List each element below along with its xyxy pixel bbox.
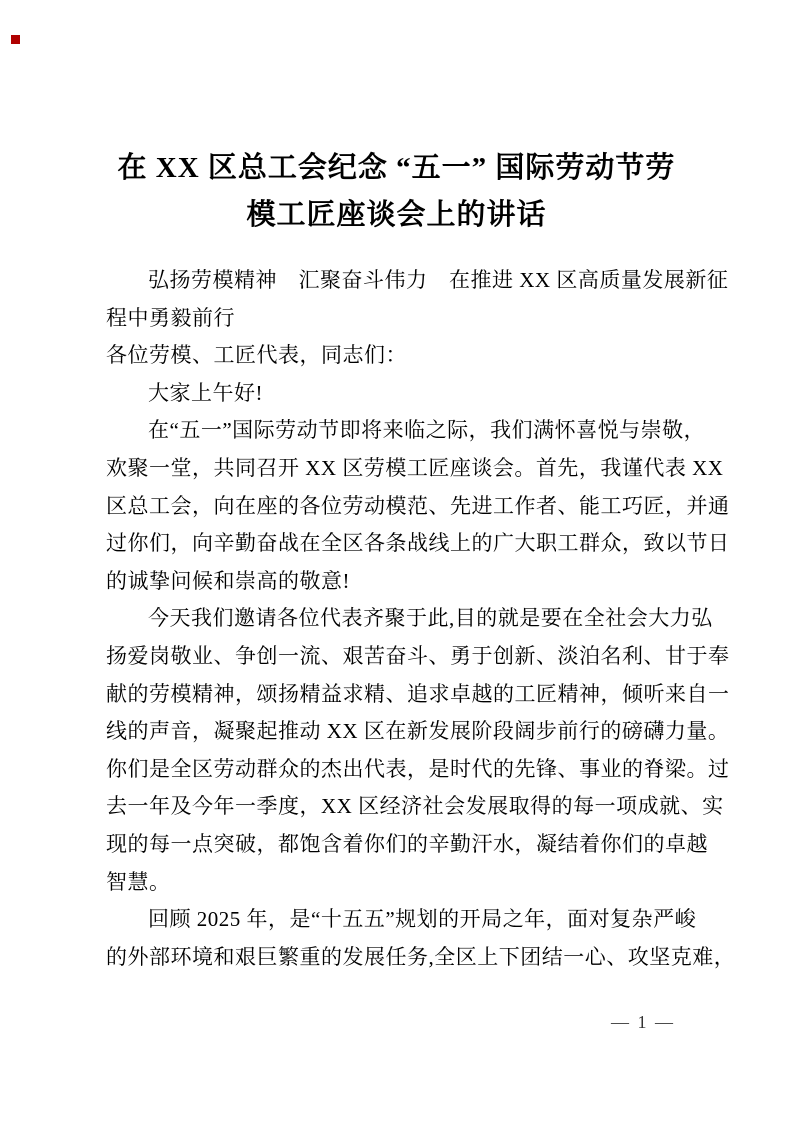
- body-line: 的诚挚问候和崇高的敬意!: [106, 563, 706, 601]
- document-title: 在 XX 区总工会纪念 “五一” 国际劳动节劳 模工匠座谈会上的讲话: [70, 145, 723, 239]
- body-line: 今天我们邀请各位代表齐聚于此,目的就是要在全社会大力弘: [106, 600, 706, 638]
- body-line: 过你们，向辛勤奋战在全区各条战线上的广大职工群众，致以节日: [106, 525, 706, 563]
- body-line: 扬爱岗敬业、争创一流、艰苦奋斗、勇于创新、淡泊名利、甘于奉: [106, 638, 706, 676]
- body-line: 智慧。: [106, 864, 706, 902]
- body-line: 各位劳模、工匠代表，同志们：: [106, 337, 706, 375]
- red-corner-marker: [11, 35, 20, 44]
- document-page: 在 XX 区总工会纪念 “五一” 国际劳动节劳 模工匠座谈会上的讲话 弘扬劳模精…: [0, 0, 793, 1122]
- document-body: 弘扬劳模精神 汇聚奋斗伟力 在推进 XX 区高质量发展新征 程中勇毅前行 各位劳…: [106, 262, 706, 976]
- body-line: 回顾 2025 年，是“十五五”规划的开局之年，面对复杂严峻: [106, 901, 706, 939]
- body-line: 的外部环境和艰巨繁重的发展任务,全区上下团结一心、攻坚克难，: [106, 939, 706, 977]
- body-line: 程中勇毅前行: [106, 300, 706, 338]
- title-line-1: 在 XX 区总工会纪念 “五一” 国际劳动节劳: [70, 145, 723, 192]
- body-line: 线的声音，凝聚起推动 XX 区在新发展阶段阔步前行的磅礴力量。: [106, 713, 706, 751]
- title-line-2: 模工匠座谈会上的讲话: [70, 192, 723, 239]
- body-line: 献的劳模精神，颂扬精益求精、追求卓越的工匠精神，倾听来自一: [106, 676, 706, 714]
- body-line: 大家上午好!: [106, 375, 706, 413]
- body-line: 去一年及今年一季度，XX 区经济社会发展取得的每一项成就、实: [106, 788, 706, 826]
- body-line: 现的每一点突破，都饱含着你们的辛勤汗水，凝结着你们的卓越: [106, 826, 706, 864]
- body-line: 区总工会，向在座的各位劳动模范、先进工作者、能工巧匠，并通: [106, 488, 706, 526]
- body-line: 弘扬劳模精神 汇聚奋斗伟力 在推进 XX 区高质量发展新征: [106, 262, 706, 300]
- body-line: 欢聚一堂，共同召开 XX 区劳模工匠座谈会。首先，我谨代表 XX: [106, 450, 706, 488]
- body-line: 在“五一”国际劳动节即将来临之际，我们满怀喜悦与崇敬，: [106, 412, 706, 450]
- page-number: — 1 —: [611, 1010, 675, 1034]
- body-line: 你们是全区劳动群众的杰出代表，是时代的先锋、事业的脊梁。过: [106, 751, 706, 789]
